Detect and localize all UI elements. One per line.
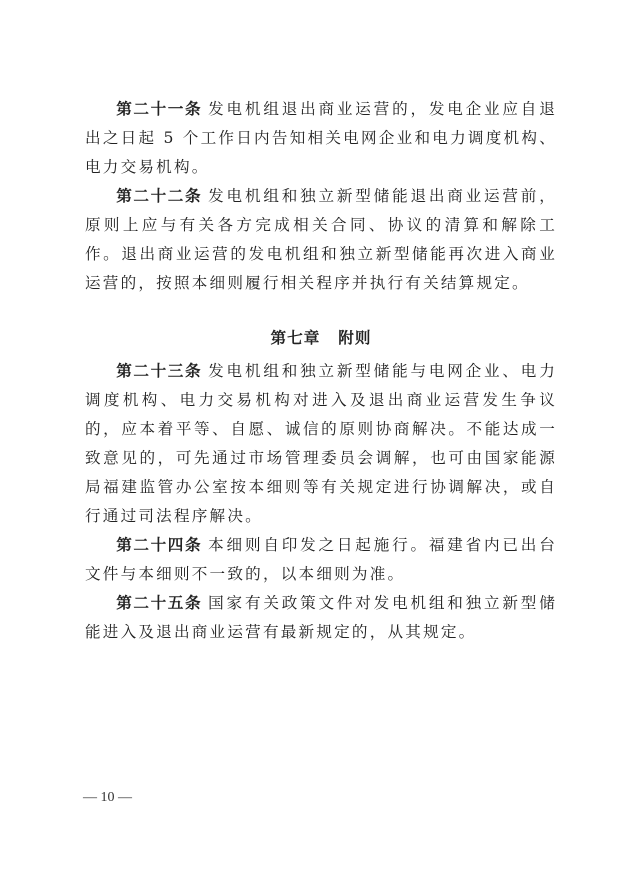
article-24: 第二十四条本细则自印发之日起施行。福建省内已出台文件与本细则不一致的，以本细则为… — [85, 531, 557, 589]
article-label: 第二十五条 — [116, 594, 202, 612]
article-label: 第二十三条 — [116, 362, 202, 380]
article-label: 第二十四条 — [116, 536, 202, 554]
document-body: 第二十一条发电机组退出商业运营的，发电企业应自退出之日起 5 个工作日内告知相关… — [85, 95, 557, 647]
chapter-number: 第七章 — [271, 329, 321, 347]
article-label: 第二十二条 — [116, 187, 202, 205]
article-text: 发电机组和独立新型储能与电网企业、电力调度机构、电力交易机构对进入及退出商业运营… — [85, 362, 557, 525]
article-label: 第二十一条 — [116, 100, 202, 118]
article-23: 第二十三条发电机组和独立新型储能与电网企业、电力调度机构、电力交易机构对进入及退… — [85, 357, 557, 531]
chapter-title: 附则 — [338, 329, 371, 347]
page-number: — 10 — — [83, 790, 132, 806]
article-22: 第二十二条发电机组和独立新型储能退出商业运营前，原则上应与有关各方完成相关合同、… — [85, 182, 557, 298]
chapter-heading: 第七章附则 — [85, 324, 557, 353]
article-25: 第二十五条国家有关政策文件对发电机组和独立新型储能进入及退出商业运营有最新规定的… — [85, 589, 557, 647]
article-21: 第二十一条发电机组退出商业运营的，发电企业应自退出之日起 5 个工作日内告知相关… — [85, 95, 557, 182]
